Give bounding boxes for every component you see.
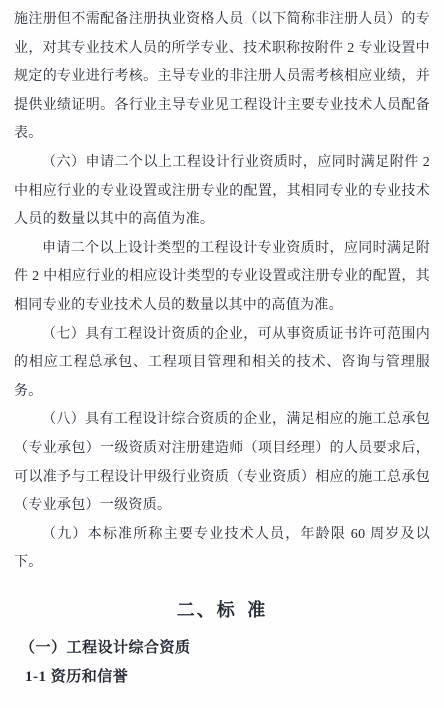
document-body: 施注册但不需配备注册执业资格人员（以下简称非注册人员）的专业，对其专业技术人员的… [14, 6, 430, 578]
subsection-heading-comprehensive-qualification: （一）工程设计综合资质 [14, 638, 430, 658]
body-paragraph-continuation: 施注册但不需配备注册执业资格人员（以下简称非注册人员）的专业，对其专业技术人员的… [14, 6, 430, 149]
clause-heading-experience-reputation: 1-1 资历和信誉 [14, 667, 430, 687]
document-page: 施注册但不需配备注册执业资格人员（以下简称非注册人员）的专业，对其专业技术人员的… [0, 0, 444, 708]
body-paragraph-clause-7: （七）具有工程设计资质的企业，可从事资质证书许可范围内的相应工程总承包、工程项目… [14, 321, 430, 407]
body-paragraph-clause-6: （六）申请二个以上工程设计行业资质时，应同时满足附件 2 中相应行业的专业设置或… [14, 149, 430, 235]
body-paragraph-clause-9: （九）本标准所称主要专业技术人员，年龄限 60 周岁及以下。 [14, 521, 430, 578]
section-heading-standards: 二、标 准 [14, 598, 430, 622]
body-paragraph-clause-6b: 申请二个以上设计类型的工程设计专业资质时，应同时满足附件 2 中相应行业的相应设… [14, 235, 430, 321]
body-paragraph-clause-8: （八）具有工程设计综合资质的企业，满足相应的施工总承包（专业承包）一级资质对注册… [14, 406, 430, 520]
